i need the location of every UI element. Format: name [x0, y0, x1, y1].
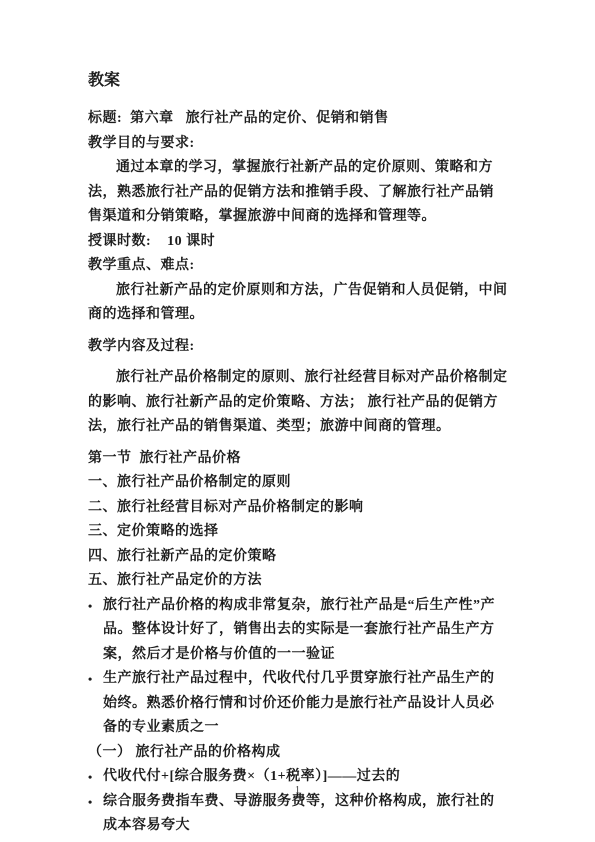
section-1-heading: 第一节 旅行社产品价格 — [88, 447, 508, 472]
outline-item-1: 一、旅行社产品价格制定的原则 — [88, 471, 508, 496]
bullet-item-4-text: 综合服务费指车费、导游服务费等，这种价格构成，旅行社的成本容易夸大 — [103, 790, 508, 839]
key-difficult-points-paragraph: 旅行社新产品的定价原则和方法，广告促销和人员促销，中间商的选择和管理。 — [88, 279, 508, 328]
outline-item-3: 三、定价策略的选择 — [88, 520, 508, 545]
bullet-icon: • — [88, 594, 103, 668]
doc-heading: 教案 — [88, 70, 508, 92]
title-line: 标题: 第六章 旅行社产品的定价、促销和销售 — [88, 107, 508, 132]
bullet-item-2-text: 生产旅行社产品过程中，代收代付几乎贯穿旅行社产品生产的始终。熟悉价格行情和讨价还… — [103, 667, 508, 741]
outline-item-2: 二、旅行社经营目标对产品价格制定的影响 — [88, 496, 508, 521]
bullet-item-2: • 生产旅行社产品过程中，代收代付几乎贯穿旅行社产品生产的始终。熟悉价格行情和讨… — [88, 667, 508, 741]
key-difficult-points-heading: 教学重点、难点: — [88, 254, 508, 279]
outline-item-4: 四、旅行社新产品的定价策略 — [88, 545, 508, 570]
bullet-item-1-text: 旅行社产品价格的构成非常复杂，旅行社产品是“后生产性”产品。整体设计好了，销售出… — [103, 594, 508, 668]
bullet-item-1: • 旅行社产品价格的构成非常复杂，旅行社产品是“后生产性”产品。整体设计好了，销… — [88, 594, 508, 668]
class-hours-line: 授课时数: 10 课时 — [88, 230, 508, 255]
subsection-1-heading: （一） 旅行社产品的价格构成 — [88, 741, 508, 766]
document-page: 教案 标题: 第六章 旅行社产品的定价、促销和销售 教学目的与要求: 通过本章的… — [0, 0, 595, 842]
bullet-item-4: • 综合服务费指车费、导游服务费等，这种价格构成，旅行社的成本容易夸大 — [88, 790, 508, 839]
bullet-icon: • — [88, 790, 103, 839]
outline-item-5: 五、旅行社产品定价的方法 — [88, 569, 508, 594]
teaching-purpose-paragraph: 通过本章的学习，掌握旅行社新产品的定价原则、策略和方法，熟悉旅行社产品的促销方法… — [88, 156, 508, 230]
content-process-paragraph: 旅行社产品价格制定的原则、旅行社经营目标对产品价格制定的影响、旅行社新产品的定价… — [88, 366, 508, 440]
bullet-icon: • — [88, 667, 103, 741]
content-process-heading: 教学内容及过程: — [88, 335, 508, 360]
teaching-purpose-heading: 教学目的与要求: — [88, 132, 508, 157]
page-number: 1 — [0, 785, 595, 796]
